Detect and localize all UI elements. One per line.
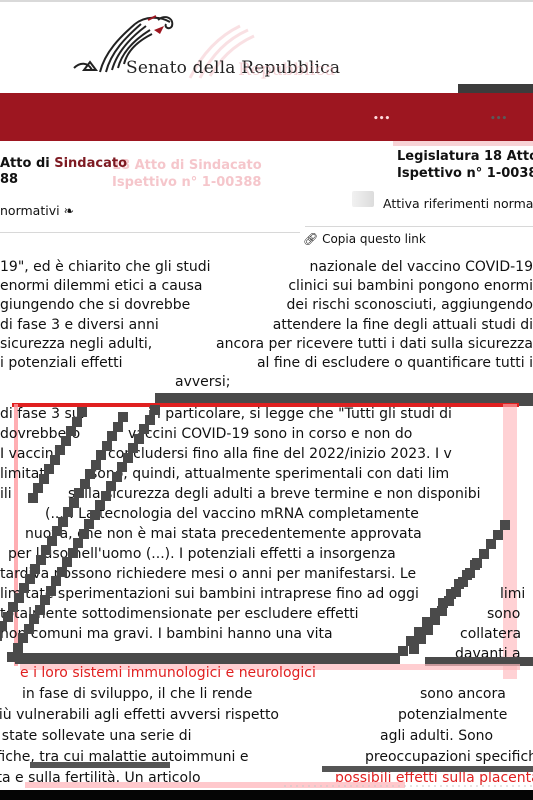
- text-line: attendere la fine degli attuali studi di: [160, 316, 533, 335]
- text-line: in fase di sviluppo, il che li rende: [22, 684, 252, 705]
- page-title: Atto di Sindacato: [0, 156, 127, 171]
- stair-step: [446, 589, 456, 599]
- underline-bar: [30, 762, 170, 768]
- stair-step: [57, 567, 67, 577]
- divider: [0, 232, 300, 233]
- legislature-heading: Legislatura 18 Atto di Sindacato Ispetti…: [397, 148, 533, 182]
- stair-step: [128, 443, 138, 453]
- stair-step: [8, 602, 18, 612]
- stair-step: [479, 549, 489, 559]
- stair-step: [438, 598, 448, 608]
- fragment: ili: [0, 484, 12, 504]
- text-line: agli adulti. Sono: [380, 726, 493, 747]
- quote-line: limitate sperimentazioni sui bambini int…: [0, 584, 419, 604]
- references-toggle[interactable]: [352, 191, 374, 207]
- quote-line: in particolare, si legge che "Tutti gli …: [148, 404, 452, 424]
- title-prefix: Atto di: [0, 156, 54, 171]
- copy-link-label: Copia questo link: [322, 232, 426, 246]
- text-line: al fine di escludere o quantificare tutt…: [160, 354, 533, 373]
- act-number: 88: [0, 172, 18, 187]
- quote-line: vaccini COVID-19 sono in corso e non do: [128, 424, 412, 444]
- stair-step: [24, 624, 34, 634]
- text-line: potenzialmente: [398, 705, 507, 726]
- stair-step: [96, 450, 106, 460]
- stair-step: [74, 488, 84, 498]
- stair-step: [0, 621, 7, 631]
- ghost-line: 18 Atto di Sindacato: [112, 157, 262, 174]
- stair-step: [69, 498, 79, 508]
- legislature-line: Legislatura 18 Atto di Sindacato: [397, 148, 533, 165]
- quote-line: totalmente sottodimensionate per esclude…: [0, 604, 359, 624]
- stair-step: [47, 536, 57, 546]
- references-toggle-label[interactable]: Attiva riferimenti normativi: [383, 196, 533, 211]
- underline-bar: [322, 766, 533, 772]
- stair-step: [150, 405, 160, 415]
- text-line: già state sollevate una serie di: [0, 726, 192, 747]
- text-line: dei rischi sconosciuti, aggiungendo: [160, 296, 533, 315]
- stair-step: [91, 460, 101, 470]
- right-text-column: nazionale del vaccino COVID-19 clinici s…: [160, 258, 533, 392]
- stair-step: [44, 464, 54, 474]
- text-line: clinici sui bambini pongono enormi: [160, 277, 533, 296]
- text-line: nazionale del vaccino COVID-19: [160, 258, 533, 277]
- stair-step: [106, 481, 116, 491]
- stair-step: [3, 612, 13, 622]
- stair-step: [40, 595, 50, 605]
- stair-step: [62, 557, 72, 567]
- text-line: ancora per ricevere tutti i dati sulla s…: [160, 335, 533, 354]
- stair-step: [500, 520, 510, 530]
- stair-step: [123, 453, 133, 463]
- stair-step: [68, 548, 78, 558]
- header-tab: [458, 84, 533, 93]
- title-ghost: 18 Atto di Sindacato Ispettivo n° 1-0038…: [112, 157, 262, 191]
- stair-step: [46, 586, 56, 596]
- stair-step: [63, 507, 73, 517]
- stair-step: [101, 491, 111, 501]
- stair-step: [112, 472, 122, 482]
- stair-step: [25, 574, 35, 584]
- stair-step: [73, 538, 83, 548]
- stair-step: [84, 519, 94, 529]
- stair-step: [95, 500, 105, 510]
- stair-step: [134, 434, 144, 444]
- stair-step: [18, 633, 28, 643]
- stair-step: [107, 431, 117, 441]
- nav-band: [0, 93, 533, 141]
- info-icon[interactable]: ❧: [64, 203, 74, 218]
- logo-text-ghost: Repubblica: [238, 60, 335, 80]
- stair-step: [28, 493, 38, 503]
- stair-step: [470, 560, 480, 570]
- fragment: sono: [487, 604, 520, 624]
- bottom-bar: [0, 790, 533, 800]
- quote-line: non comuni ma gravi. I bambini hanno una…: [0, 624, 333, 644]
- menu-button[interactable]: •••: [373, 114, 390, 124]
- stair-step: [80, 479, 90, 489]
- text-line: e i loro sistemi immunologici e neurolog…: [20, 663, 316, 684]
- quote-line: sono, quindi, attualmente sperimentali c…: [90, 464, 449, 484]
- stair-step: [19, 583, 29, 593]
- stair-step: [430, 608, 440, 618]
- stair-step: [52, 526, 62, 536]
- stair-step: [85, 469, 95, 479]
- text-line: più vulnerabili agli effetti avversi ris…: [0, 705, 279, 726]
- title-highlight: Sindacato: [54, 156, 127, 171]
- stair-step: [422, 617, 432, 627]
- divider: [305, 226, 533, 227]
- stair-step: [462, 570, 472, 580]
- quote-line: sulla sicurezza degli adulti a breve ter…: [68, 484, 480, 504]
- stair-step: [454, 579, 464, 589]
- stair-step: [29, 614, 39, 624]
- top-border: [0, 0, 533, 2]
- link-icon: 🔗︎: [303, 232, 318, 246]
- stair-step: [50, 455, 60, 465]
- stair-step: [493, 530, 503, 540]
- stair-step: [41, 545, 51, 555]
- stair-step: [414, 627, 424, 637]
- stair-step: [90, 510, 100, 520]
- text-line: sono ancora: [420, 684, 506, 705]
- stair-step: [117, 462, 127, 472]
- ghost-line: Ispettivo n° 1-00388: [112, 174, 262, 191]
- stair-step: [51, 576, 61, 586]
- stair-step: [39, 474, 49, 484]
- stair-step: [35, 605, 45, 615]
- stair-step: [79, 529, 89, 539]
- legislature-line: Ispettivo n° 1-00388: [397, 165, 533, 182]
- stair-step: [61, 436, 71, 446]
- stair-step: [14, 593, 24, 603]
- stair-step: [139, 424, 149, 434]
- more-button[interactable]: •••: [490, 114, 507, 124]
- quote-line: concludersi fino alla fine del 2022/iniz…: [108, 444, 452, 464]
- stair-step: [58, 517, 68, 527]
- band-shadow: [393, 141, 533, 146]
- fragment: collatera: [460, 624, 521, 644]
- stair-step: [486, 539, 496, 549]
- text-line: preoccupazioni specifiche: [365, 747, 533, 768]
- dotted-rule: [282, 784, 533, 788]
- stair-step: [33, 483, 43, 493]
- senato-logo[interactable]: Senato della Repubblica Repubblica: [70, 12, 370, 84]
- stair-step: [406, 636, 416, 646]
- stair-step: [55, 445, 65, 455]
- copy-link-button[interactable]: 🔗︎ Copia questo link: [303, 232, 426, 246]
- stair-step: [145, 415, 155, 425]
- stair-step: [0, 631, 2, 641]
- stair-step: [102, 441, 112, 451]
- stair-step: [72, 417, 82, 427]
- stair-step: [66, 426, 76, 436]
- stair-step: [77, 407, 87, 417]
- stair-step: [118, 412, 128, 422]
- fragment: limi: [500, 584, 525, 604]
- stair-step: [36, 555, 46, 565]
- normativi-label: normativi ❧: [0, 203, 74, 218]
- stair-step: [30, 564, 40, 574]
- normativi-text: normativi: [0, 203, 60, 218]
- text-line: avversi;: [160, 373, 533, 392]
- stair-step: [13, 643, 23, 653]
- stair-step: [113, 422, 123, 432]
